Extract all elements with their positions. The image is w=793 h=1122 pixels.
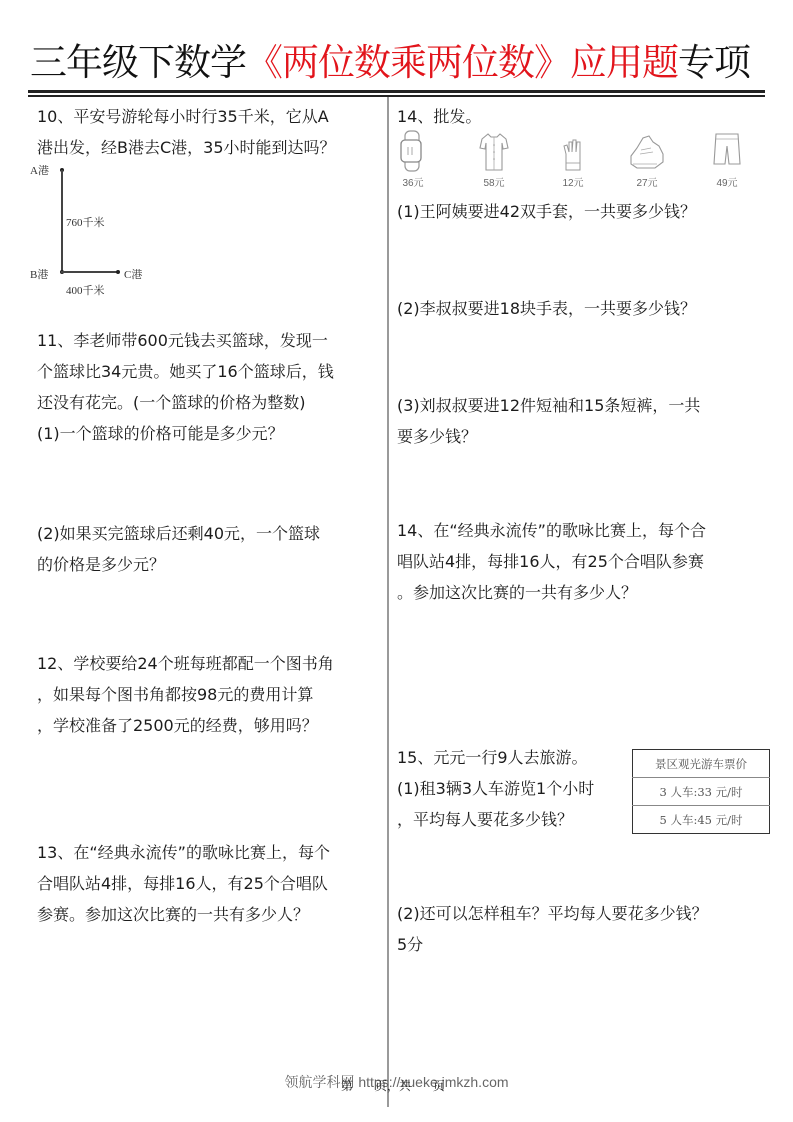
watch-icon: [398, 130, 428, 172]
port-b-label: B港: [30, 266, 48, 282]
question-line: (1)一个篮球的价格可能是多少元？: [37, 418, 334, 449]
question-line: (1)租3辆3人车游览1个小时: [397, 773, 594, 804]
product-price: 58元: [464, 174, 524, 189]
question-line: 唱队站4排，每排16人，有25个合唱队参赛: [397, 546, 706, 577]
question-line: 的价格是多少元？: [37, 549, 320, 580]
product-sneakers: 27元: [617, 130, 677, 189]
question-line: 。参加这次比赛的一共有多少人？: [397, 577, 706, 608]
question-11-part-2: (2)如果买完篮球后还剩40元，一个篮球 的价格是多少元？: [37, 518, 320, 580]
question-14-choir: 14、在“经典永流传”的歌咏比赛上，每个合 唱队站4排，每排16人，有25个合唱…: [397, 515, 706, 608]
question-14-part-1: (1)王阿姨要进42双手套，一共要多少钱？: [397, 196, 696, 227]
question-line: 要多少钱？: [397, 421, 700, 452]
question-line: ，如果每个图书角都按98元的费用计算: [37, 679, 334, 710]
question-line: (2)如果买完篮球后还剩40元，一个篮球: [37, 518, 320, 549]
product-watch: 36元: [383, 130, 443, 189]
product-price: 36元: [383, 174, 443, 189]
tour-car-price-table: 景区观光游车票价 3 人车:33 元/时 5 人车:45 元/时: [632, 749, 770, 834]
route-diagram: A港 760千米 B港 C港 400千米: [30, 162, 160, 302]
title-underline-thin: [28, 95, 765, 97]
question-line: (3)刘叔叔要进12件短袖和15条短裤，一共: [397, 390, 700, 421]
product-shorts: 49元: [697, 130, 757, 189]
title-highlight: 《两位数乘两位数》应用题: [246, 41, 678, 84]
question-10: 10、平安号游轮每小时行35千米，它从A 港出发，经B港去C港，35小时能到达吗…: [37, 101, 336, 163]
question-line: 合唱队站4排，每排16人，有25个合唱队: [37, 868, 330, 899]
port-a-label: A港: [30, 162, 49, 178]
question-line: (2)李叔叔要进18块手表，一共要多少钱？: [397, 293, 696, 324]
page-title: 三年级下数学《两位数乘两位数》应用题专项: [30, 38, 765, 88]
distance-bc-label: 400千米: [66, 282, 105, 298]
question-line: (1)王阿姨要进42双手套，一共要多少钱？: [397, 196, 696, 227]
question-line: 10、平安号游轮每小时行35千米，它从A: [37, 101, 336, 132]
question-line: 个篮球比34元贵。她买了16个篮球后，钱: [37, 356, 334, 387]
route-ab-line: [61, 170, 63, 272]
title-suffix: 专项: [678, 41, 750, 84]
price-table-row: 5 人车:45 元/时: [633, 806, 770, 834]
question-14-part-2: (2)李叔叔要进18块手表，一共要多少钱？: [397, 293, 696, 324]
port-c-label: C港: [124, 266, 142, 282]
question-15: 15、元元一行9人去旅游。 (1)租3辆3人车游览1个小时 ，平均每人要花多少钱…: [397, 742, 594, 835]
question-line: 参赛。参加这次比赛的一共有多少人？: [37, 899, 330, 930]
question-line: 14、批发。: [397, 101, 481, 132]
price-table-row: 3 人车:33 元/时: [633, 778, 770, 806]
question-line: ，平均每人要花多少钱？: [397, 804, 594, 835]
gloves-icon: [561, 130, 585, 172]
price-table-header: 景区观光游车票价: [633, 750, 770, 778]
product-gloves: 12元: [543, 130, 603, 189]
question-line: 11、李老师带600元钱去买篮球，发现一: [37, 325, 334, 356]
question-13: 13、在“经典永流传”的歌咏比赛上，每个 合唱队站4排，每排16人，有25个合唱…: [37, 837, 330, 930]
product-price: 49元: [697, 174, 757, 189]
question-line: 港出发，经B港去C港，35小时能到达吗？: [37, 132, 336, 163]
shorts-icon: [710, 130, 744, 172]
question-11: 11、李老师带600元钱去买篮球，发现一 个篮球比34元贵。她买了16个篮球后，…: [37, 325, 334, 449]
distance-ab-label: 760千米: [66, 214, 105, 230]
question-15-part-2: (2)还可以怎样租车？平均每人要花多少钱？ 5分: [397, 898, 708, 960]
product-price: 27元: [617, 174, 677, 189]
shirt-icon: [478, 130, 510, 172]
title-underline-thick: [28, 90, 765, 93]
column-divider: [387, 97, 389, 1107]
question-line: ，学校准备了2500元的经费，够用吗？: [37, 710, 334, 741]
question-14-heading: 14、批发。: [397, 101, 481, 132]
product-price: 12元: [543, 174, 603, 189]
question-line: 15、元元一行9人去旅游。: [397, 742, 594, 773]
question-line: 还没有花完。(一个篮球的价格为整数): [37, 387, 334, 418]
product-row: 36元 58元 12元 27元 49元: [395, 130, 780, 192]
question-12: 12、学校要给24个班每班都配一个图书角 ，如果每个图书角都按98元的费用计算 …: [37, 648, 334, 741]
question-line: 12、学校要给24个班每班都配一个图书角: [37, 648, 334, 679]
port-c-dot: [116, 270, 120, 274]
question-line: 14、在“经典永流传”的歌咏比赛上，每个合: [397, 515, 706, 546]
sneakers-icon: [627, 130, 667, 172]
title-prefix: 三年级下数学: [30, 41, 246, 84]
question-line: 13、在“经典永流传”的歌咏比赛上，每个: [37, 837, 330, 868]
page-number-label: 第 页，共 页: [341, 1077, 445, 1094]
product-shirt: 58元: [464, 130, 524, 189]
route-bc-line: [61, 271, 118, 273]
question-line: (2)还可以怎样租车？平均每人要花多少钱？: [397, 898, 708, 929]
score-label: 5分: [397, 929, 708, 960]
question-14-part-3: (3)刘叔叔要进12件短袖和15条短裤，一共 要多少钱？: [397, 390, 700, 452]
